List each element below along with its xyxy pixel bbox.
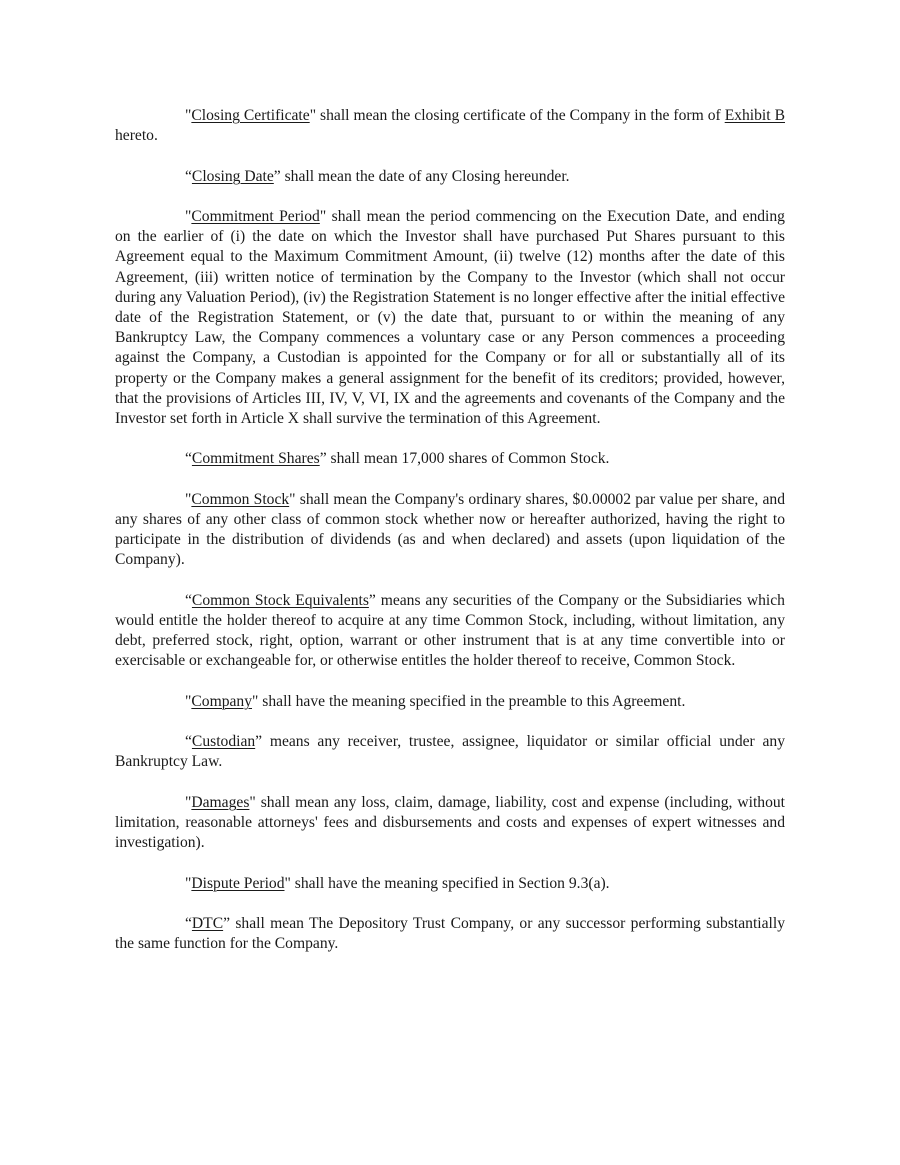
definition-dtc: “DTC” shall mean The Depository Trust Co… <box>115 914 785 954</box>
definition-custodian: “Custodian” means any receiver, trustee,… <box>115 732 785 772</box>
definition-closing-certificate: "Closing Certificate" shall mean the clo… <box>115 106 785 146</box>
open-quote: “ <box>185 168 192 185</box>
defined-term: Commitment Period <box>191 208 319 225</box>
defined-term: Closing Certificate <box>191 107 309 124</box>
defined-term: DTC <box>192 915 223 932</box>
definition-closing-date: “Closing Date” shall mean the date of an… <box>115 167 785 187</box>
definition-common-stock: "Common Stock" shall mean the Company's … <box>115 490 785 571</box>
definition-text: shall have the meaning specified in Sect… <box>291 875 610 892</box>
definition-text: shall mean the date of any Closing hereu… <box>281 168 570 185</box>
definition-commitment-period: "Commitment Period" shall mean the perio… <box>115 207 785 429</box>
definition-damages: "Damages" shall mean any loss, claim, da… <box>115 793 785 854</box>
definition-text: shall mean the closing certificate of th… <box>316 107 725 124</box>
open-quote: “ <box>185 450 192 467</box>
close-quote: ” <box>320 450 327 467</box>
close-quote: ” <box>369 592 376 609</box>
defined-term: Damages <box>191 794 249 811</box>
defined-term: Common Stock Equivalents <box>192 592 369 609</box>
defined-term: Company <box>191 693 252 710</box>
defined-term: Commitment Shares <box>192 450 320 467</box>
definition-commitment-shares: “Commitment Shares” shall mean 17,000 sh… <box>115 449 785 469</box>
close-quote: ” <box>274 168 281 185</box>
definition-text: shall mean 17,000 shares of Common Stock… <box>327 450 610 467</box>
open-quote: “ <box>185 915 192 932</box>
definition-dispute-period: "Dispute Period" shall have the meaning … <box>115 874 785 894</box>
definition-text: shall mean the period commencing on the … <box>115 208 785 427</box>
exhibit-b-reference: Exhibit B <box>725 107 785 124</box>
defined-term: Dispute Period <box>191 875 284 892</box>
defined-term: Custodian <box>192 733 255 750</box>
defined-term: Common Stock <box>191 491 289 508</box>
definition-text: shall have the meaning specified in the … <box>258 693 685 710</box>
close-quote: ” <box>223 915 230 932</box>
definition-text: hereto. <box>115 127 158 144</box>
open-quote: “ <box>185 733 192 750</box>
definition-company: "Company" shall have the meaning specifi… <box>115 692 785 712</box>
document-page: "Closing Certificate" shall mean the clo… <box>115 106 785 975</box>
open-quote: “ <box>185 592 192 609</box>
defined-term: Closing Date <box>192 168 274 185</box>
definition-common-stock-equivalents: “Common Stock Equivalents” means any sec… <box>115 591 785 672</box>
